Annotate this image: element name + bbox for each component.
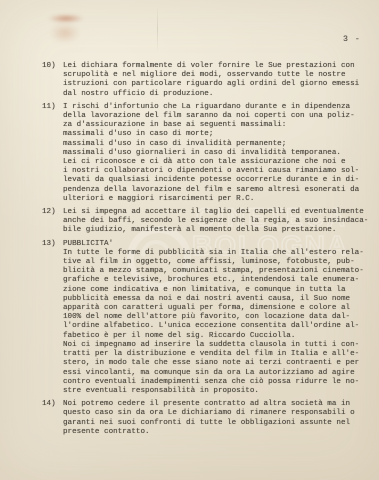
text-line: pubblicità emessa da noi e dai nostri av…	[63, 295, 362, 304]
text-line: PUBBLICITA'	[63, 240, 362, 249]
text-line: tive al film in oggetto, come affissi, l…	[63, 258, 362, 267]
ink-smudge	[48, 14, 84, 23]
text-line: della lavorazione del film saranno da no…	[63, 112, 362, 121]
text-line: levati da qualsiasi incidente potesse oc…	[63, 176, 362, 185]
paragraph: 13)PUBBLICITA'In tutte le forme di pubbl…	[42, 240, 362, 396]
text-line: In tutte le forme di pubblicità sia in I…	[63, 249, 362, 258]
text-line: pendenza della lavorazione del film e sa…	[63, 186, 362, 195]
ink-smudge	[50, 23, 80, 43]
text-line: massimali d'uso giornalieri in caso di i…	[63, 149, 362, 158]
text-line: Noi potremo cedere il presente contratto…	[63, 400, 362, 409]
document-body: 10)Lei dichiara formalmente di voler for…	[42, 62, 362, 437]
text-line: l'ordine alfabetico. L'unica eccezione c…	[63, 322, 362, 331]
scanned-document-page: 3 - CINETECA BOLOGNA 10)Lei dichiara for…	[0, 0, 379, 480]
paragraph-text: I rischi d'infortunio che La riguardano …	[63, 103, 362, 204]
text-line: dal nostro ufficio di produzione.	[63, 90, 362, 99]
paragraph-text: Noi potremo cedere il presente contratto…	[63, 400, 362, 437]
text-line: massimali d'uso in caso di morte;	[63, 130, 362, 139]
text-line: zione come indicativa e non limitativa, …	[63, 286, 362, 295]
text-line: ulteriori e maggiori risarcimenti per R.…	[63, 195, 362, 204]
text-line: Noi ci impegnamo ad inserire la suddetta…	[63, 341, 362, 350]
paper-crease	[157, 6, 158, 52]
text-line: bile giudizio, manifesterà al momento de…	[63, 226, 362, 235]
paragraph-text: PUBBLICITA'In tutte le forme di pubblici…	[63, 240, 362, 396]
text-line: massimali d'uso in caso di invalidità pe…	[63, 140, 362, 149]
text-line: stre eventuali responsabilità in proposi…	[63, 387, 362, 396]
paragraph: 11)I rischi d'infortunio che La riguarda…	[42, 103, 362, 204]
text-line: tratti per la distribuzione e vendita de…	[63, 350, 362, 359]
text-line: presente contratto.	[63, 428, 362, 437]
paragraph-number: 12)	[42, 208, 63, 236]
text-line: istruzioni con particolare riguardo agli…	[63, 80, 362, 89]
text-line: apparità con caratteri uguali per forma,…	[63, 304, 362, 313]
paragraph: 10)Lei dichiara formalmente di voler for…	[42, 62, 362, 99]
paragraph-text: Lei si impegna ad accettare il taglio de…	[63, 208, 362, 236]
text-line: Lei dichiara formalmente di voler fornir…	[63, 62, 362, 71]
page-number: 3 -	[343, 35, 361, 44]
paragraph: 14)Noi potremo cedere il presente contra…	[42, 400, 362, 437]
paragraph-number: 13)	[42, 240, 63, 396]
paragraph-number: 14)	[42, 400, 63, 437]
text-line: grafiche e televisive, brochures etc., i…	[63, 276, 362, 285]
text-line: questo caso sin da ora Le dichiariamo di…	[63, 409, 362, 418]
paragraph-number: 10)	[42, 62, 63, 99]
text-line: Lei si impegna ad accettare il taglio de…	[63, 208, 362, 217]
text-line: garanti nei suoi confronti di tutte le o…	[63, 419, 362, 428]
text-line: essi vincolanti, ma comunque sin da ora …	[63, 369, 362, 378]
text-line: Lei ci riconosce e ci dà atto con tale a…	[63, 158, 362, 167]
text-line: stero, in modo tale che esse siano note …	[63, 359, 362, 368]
paragraph-number: 11)	[42, 103, 63, 204]
paragraph: 12)Lei si impegna ad accettare il taglio…	[42, 208, 362, 236]
text-line: contro eventuali inadempimenti senza che…	[63, 378, 362, 387]
text-line: I rischi d'infortunio che La riguardano …	[63, 103, 362, 112]
paragraph-text: Lei dichiara formalmente di voler fornir…	[63, 62, 362, 99]
text-line: fabetico è per il nome del sig. Riccardo…	[63, 332, 362, 341]
